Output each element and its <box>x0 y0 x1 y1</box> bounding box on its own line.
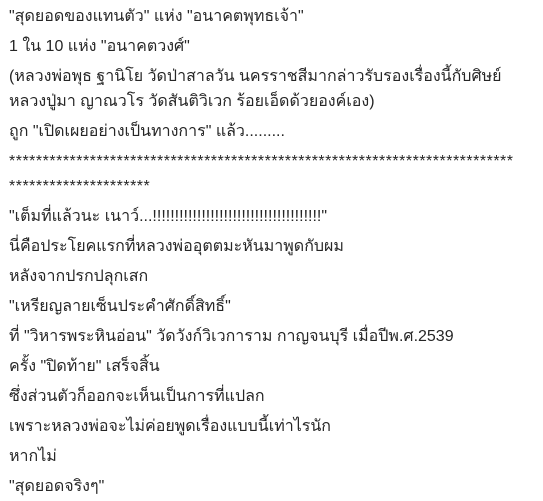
post-paragraph: ที่ "วิหารพระหินอ่อน" วัดวังก์วิเวการาม … <box>9 324 535 349</box>
post-paragraph: ครั้ง "ปิดท้าย" เสร็จสิ้น <box>9 354 535 379</box>
post-paragraph-subtitle: 1 ใน 10 แห่ง "อนาคตวงศ์" <box>9 34 535 59</box>
asterisk-divider: ****************************************… <box>9 149 535 199</box>
post-paragraph-quote: "เต็มที่แล้วนะ เนาว์...!!!!!!!!!!!!!!!!!… <box>9 204 535 229</box>
asterisk-divider-line-1: ****************************************… <box>9 149 535 174</box>
post-paragraph: เพราะหลวงพ่อจะไม่ค่อยพูดเรื่องแบบนี้เท่า… <box>9 414 535 439</box>
asterisk-divider-line-2: ********************* <box>9 174 535 199</box>
post-paragraph-attribution: (หลวงพ่อพุธ ฐานิโย วัดป่าสาลวัน นครราชสี… <box>9 64 535 114</box>
post-paragraph: ซึ่งส่วนตัวก็ออกจะเห็นเป็นการที่แปลก <box>9 384 535 409</box>
post-content: "สุดยอดของแทนตัว" แห่ง "อนาคตพุทธเจ้า" 1… <box>0 0 543 499</box>
post-paragraph: หากไม่ <box>9 444 535 469</box>
post-paragraph: นี่คือประโยคแรกที่หลวงพ่ออุตตมะหันมาพูดก… <box>9 234 535 259</box>
post-paragraph-closing: "สุดยอดจริงๆ" <box>9 474 535 499</box>
post-paragraph-announcement: ถูก "เปิดเผยอย่างเป็นทางการ" แล้ว.......… <box>9 119 535 144</box>
post-paragraph-title: "สุดยอดของแทนตัว" แห่ง "อนาคตพุทธเจ้า" <box>9 4 535 29</box>
post-paragraph: "เหรียญลายเซ็นประคำศักดิ์สิทธิ์" <box>9 294 535 319</box>
post-paragraph: หลังจากปรกปลุกเสก <box>9 264 535 289</box>
